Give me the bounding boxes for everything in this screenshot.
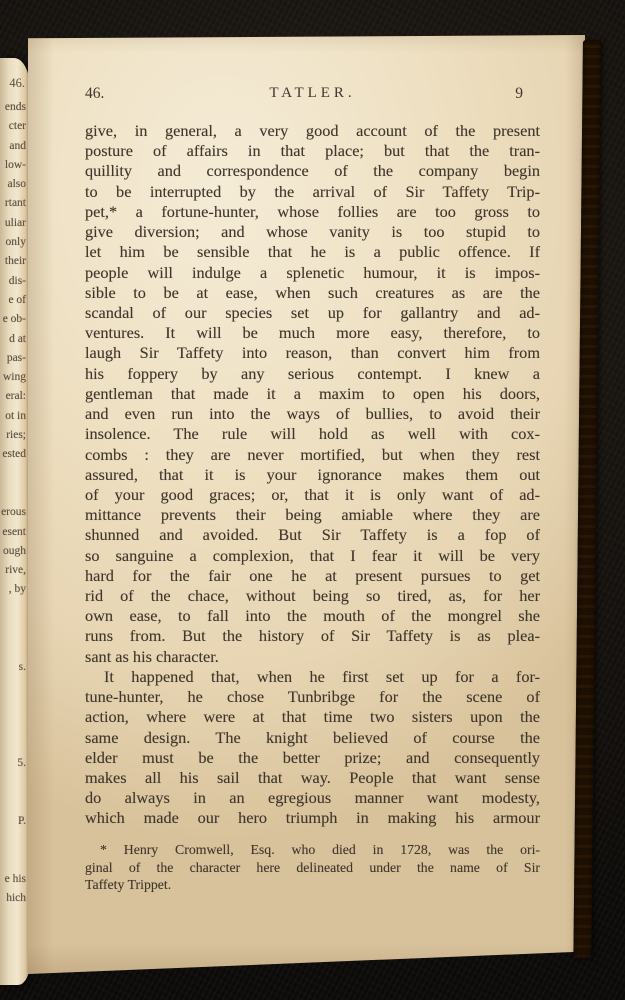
facing-page-text-fragment [0,735,26,754]
text-line: hard for the fair one he at present purs… [85,566,540,586]
facing-page-text-fragment: and [0,137,26,156]
facing-page-text-fragment: P. [0,812,26,831]
book-page: 46. TATLER. 9 give, in general, a very g… [28,35,585,974]
facing-page-text-fragment: low- [0,156,26,175]
facing-page-text-fragment [0,465,26,484]
text-line: combs : they are never mortified, but wh… [85,445,540,465]
facing-page-text-fragment [0,619,26,638]
text-line: rid of the chace, without being so tired… [85,586,540,606]
text-line: Taffety Trippet. [85,876,540,894]
text-line: own ease, to fall into the mouth of the … [85,606,540,626]
text-line: sible to be at ease, when such creatures… [85,283,540,303]
running-title: TATLER. [85,85,540,102]
facing-page-text-fragment: wing [0,368,26,387]
text-line: It happened that, when he first set up f… [85,667,540,687]
facing-page-text-fragment: 5. [0,754,26,773]
facing-page-text-fragment [0,600,26,619]
text-line: elder must be the better prize; and cons… [85,748,540,768]
text-line: gentleman that made it a maxim to open h… [85,384,540,404]
facing-page-text-fragment [0,773,26,792]
paragraph: It happened that, when he first set up f… [85,667,540,829]
facing-page-text-fragment: also [0,175,26,194]
facing-page-text-fragment: ested [0,445,26,464]
page-number: 9 [515,85,523,103]
facing-page-text-fragment: ends [0,98,26,117]
facing-page-text-fragment [0,677,26,696]
text-line: which made our hero triumph in making hi… [85,808,540,828]
text-line: ginal of the character here delineated u… [85,859,540,877]
facing-page-text-fragment [0,484,26,503]
text-line: shunned and avoided. But Sir Taffety is … [85,525,540,545]
text-line: and even run into the ways of bullies, t… [85,404,540,424]
text-line: let him be sensible that he is a public … [85,242,540,262]
text-line: assured, that it is your ignorance makes… [85,465,540,485]
facing-page-text-fragment: rtant [0,194,26,213]
page-body: give, in general, a very good account of… [85,121,540,829]
text-line: to be interrupted by the arrival of Sir … [85,182,540,202]
text-line: mittance prevents their being amiable wh… [85,505,540,525]
text-line: give, in general, a very good account of… [85,121,540,141]
footnote: * Henry Cromwell, Esq. who died in 1728,… [85,841,540,894]
text-line: action, where were at that time two sist… [85,707,540,727]
facing-page-text-fragment: erous [0,503,26,522]
text-line: so sanguine a complexion, that I fear it… [85,546,540,566]
facing-page-text-fragment [0,851,26,870]
facing-page-text-fragment: their [0,252,26,271]
facing-page-text-fragment [0,716,26,735]
text-line: do always in an egregious manner want mo… [85,788,540,808]
facing-page-text-fragment: e of [0,291,26,310]
facing-page-text-fragment: pas- [0,349,26,368]
paragraph: give, in general, a very good account of… [85,121,540,667]
text-line: pet,* a fortune-hunter, whose follies ar… [85,202,540,222]
text-line: people will indulge a splenetic humour, … [85,263,540,283]
facing-page-text-fragment: ries; [0,426,26,445]
book-photo: 46. endscterandlow-alsortantuliaronlythe… [0,0,625,1000]
facing-page-text-fragment: eral: [0,387,26,406]
facing-page-header-fragment: 46. [9,76,25,91]
facing-page-edge: 46. endscterandlow-alsortantuliaronlythe… [0,58,30,985]
facing-page-text-fragment: e ob- [0,310,26,329]
text-line: makes all his sail that way. People that… [85,768,540,788]
text-line: ventures. It will be much more easy, the… [85,323,540,343]
facing-page-text-fragment: only [0,233,26,252]
facing-page-text-fragment [0,696,26,715]
text-line: same design. The knight believed of cour… [85,728,540,748]
facing-page-text-fragment: ot in [0,407,26,426]
facing-page-text-fragment: , by [0,580,26,599]
facing-page-text-fragment [0,638,26,657]
facing-page-text-fragment [0,793,26,812]
text-line: runs from. But the history of Sir Taffet… [85,626,540,646]
facing-page-text-fragment: dis- [0,272,26,291]
text-line: of your good graces; or, that it is only… [85,485,540,505]
text-line: laugh Sir Taffety into reason, than conv… [85,343,540,363]
text-line: tune-hunter, he chose Tunbribge for the … [85,687,540,707]
facing-page-text-fragment: ough [0,542,26,561]
facing-page-text-fragment: e his [0,870,26,889]
text-line: * Henry Cromwell, Esq. who died in 1728,… [85,841,540,859]
page-header: 46. TATLER. 9 [85,85,540,105]
facing-page-text-fragment: d at [0,330,26,349]
facing-page-text-fragment: hich [0,889,26,908]
facing-page-text-fragment: s. [0,658,26,677]
text-line: sant as his character. [85,647,540,667]
text-line: insolence. The rule will hold as well wi… [85,424,540,444]
text-line: give diversion; and whose vanity is too … [85,222,540,242]
text-line: scandal of our species set up for gallan… [85,303,540,323]
facing-page-text-fragment: rive, [0,561,26,580]
facing-page-text-fragment: uliar [0,214,26,233]
facing-page-text-fragment: cter [0,117,26,136]
facing-page-text-fragment: esent [0,523,26,542]
text-line: posture of affairs in that place; but th… [85,141,540,161]
text-line: his foppery by any serious contempt. I k… [85,364,540,384]
facing-page-text-fragment [0,831,26,850]
facing-page-fragment-list: endscterandlow-alsortantuliaronlytheirdi… [0,98,26,908]
text-line: quillity and correspondence of the compa… [85,161,540,181]
